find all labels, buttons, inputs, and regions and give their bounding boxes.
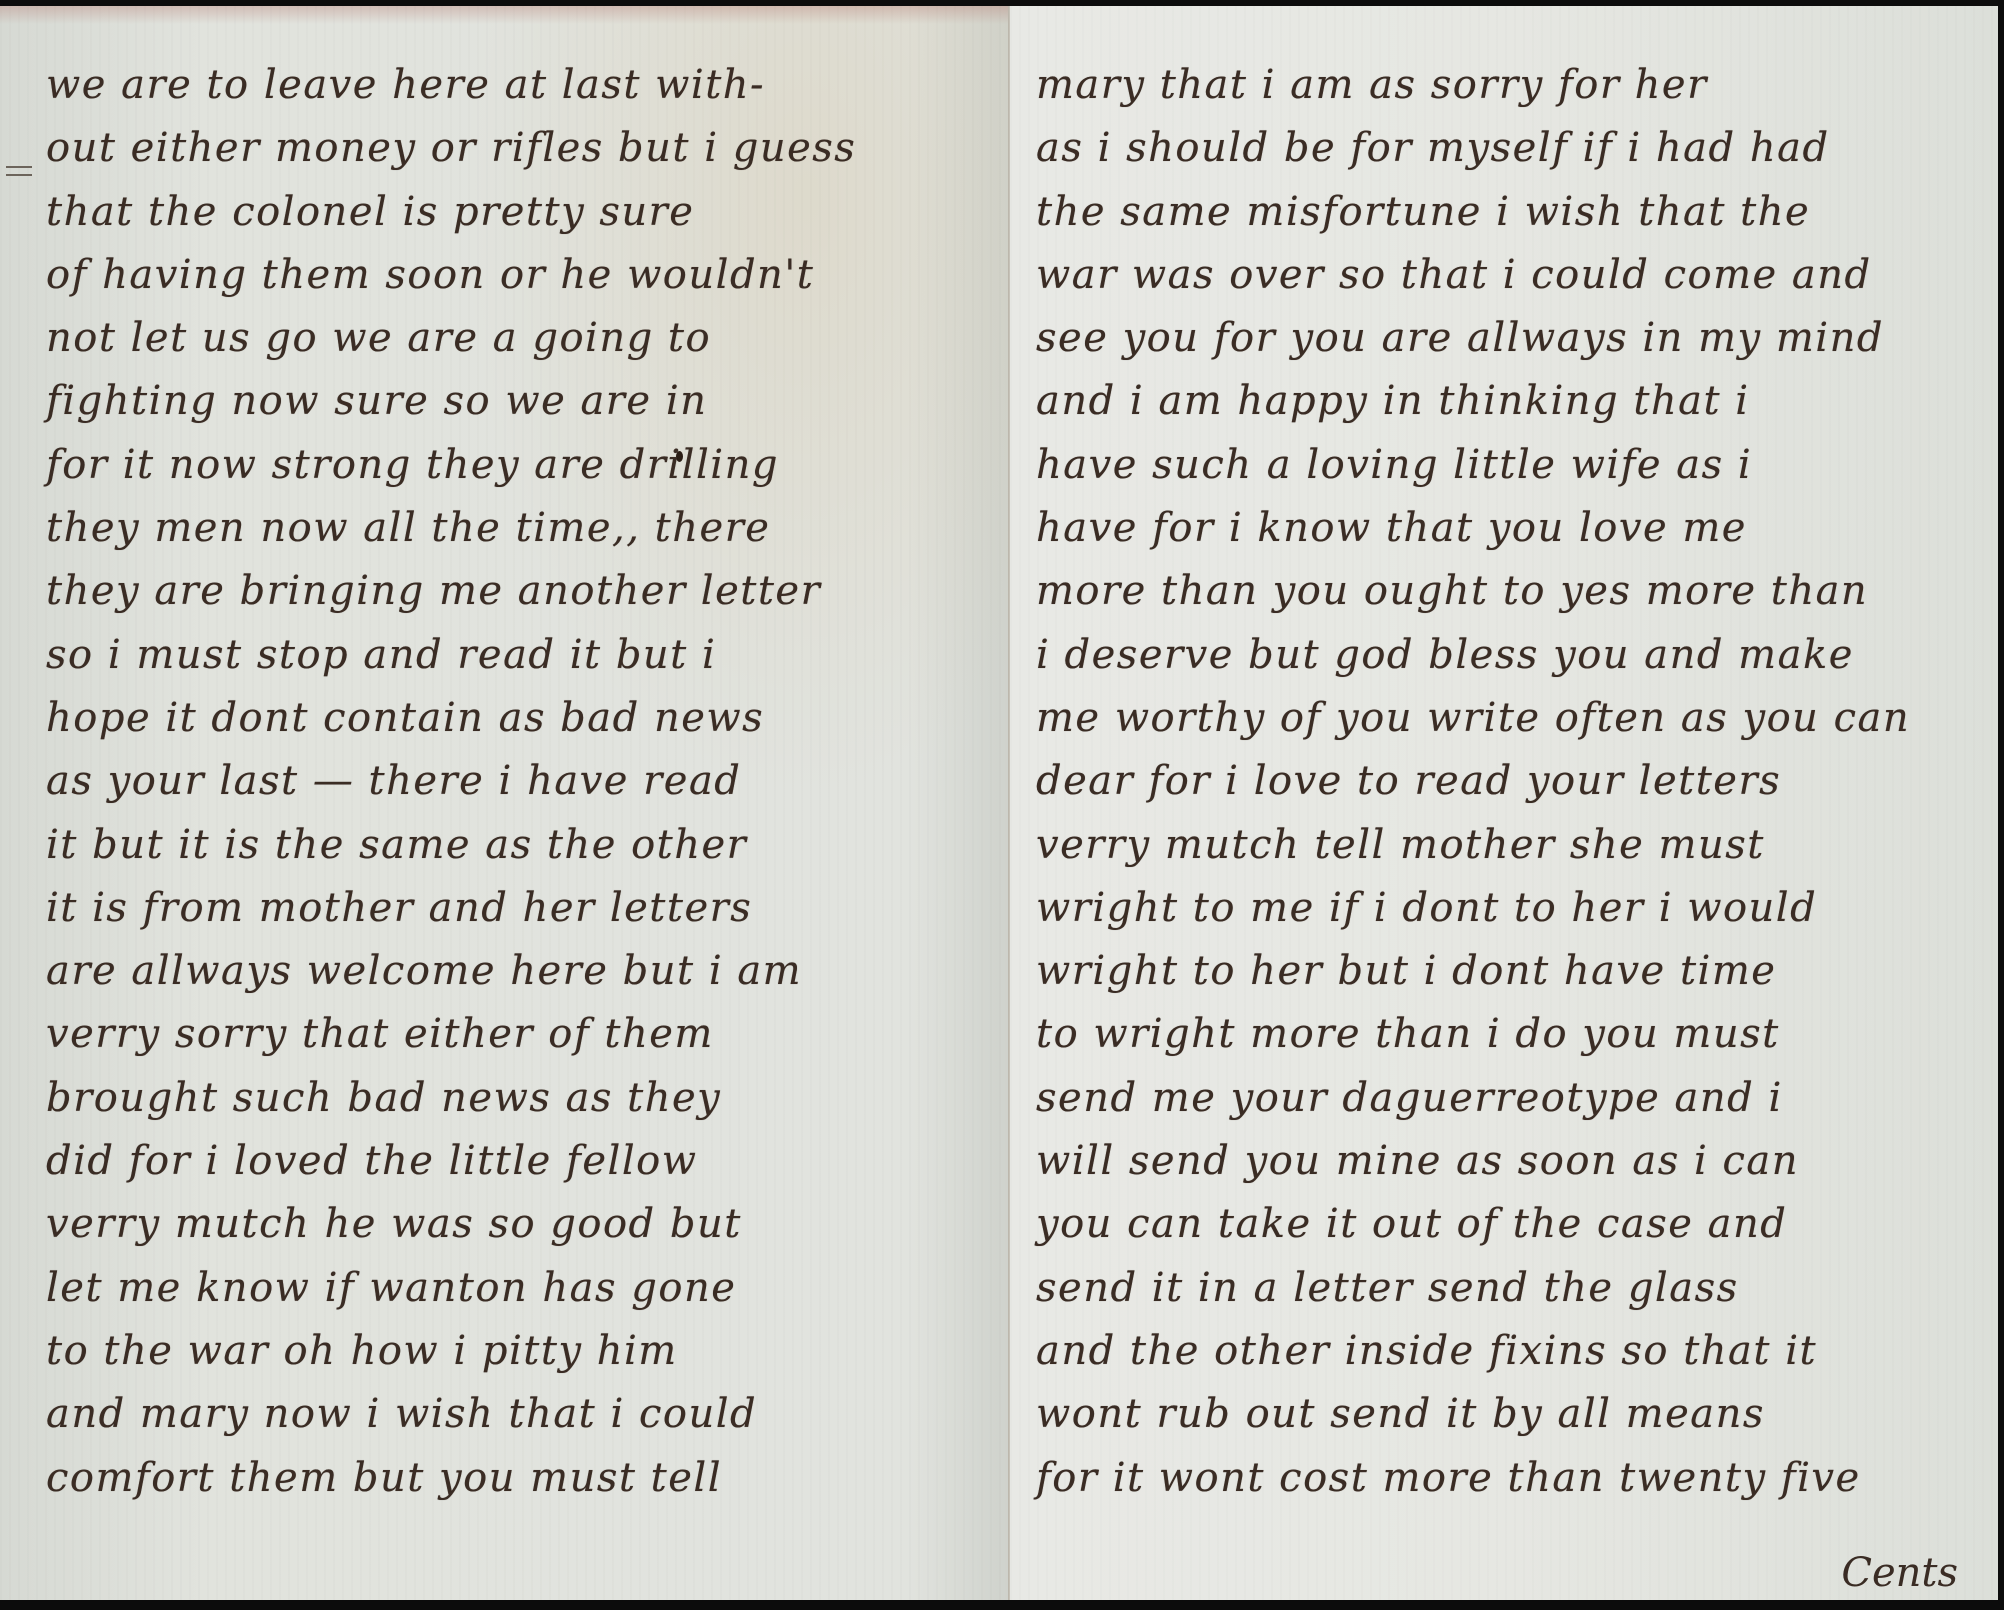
handwritten-line: it but it is the same as the other bbox=[0, 814, 1009, 877]
handwritten-line: for it wont cost more than twenty five bbox=[1010, 1447, 1998, 1510]
handwritten-line: fighting now sure so we are in bbox=[0, 370, 1009, 433]
handwritten-line: to the war oh how i pitty him bbox=[0, 1320, 1009, 1383]
handwritten-line: to wright more than i do you must bbox=[1010, 1003, 1998, 1066]
handwritten-line: that the colonel is pretty sure bbox=[0, 181, 1009, 244]
handwritten-line: and the other inside fixins so that it bbox=[1010, 1320, 1998, 1383]
handwritten-line: hope it dont contain as bad news bbox=[0, 687, 1009, 750]
top-edge-stain bbox=[0, 6, 1009, 24]
handwritten-line: verry mutch he was so good but bbox=[0, 1193, 1009, 1256]
handwritten-line: dear for i love to read your letters bbox=[1010, 750, 1998, 813]
handwritten-line: more than you ought to yes more than bbox=[1010, 560, 1998, 623]
handwritten-line: me worthy of you write often as you can bbox=[1010, 687, 1998, 750]
left-page-text: we are to leave here at last with- out e… bbox=[0, 54, 1009, 1510]
handwritten-line: wont rub out send it by all means bbox=[1010, 1383, 1998, 1446]
handwritten-line: wright to me if i dont to her i would bbox=[1010, 877, 1998, 940]
handwritten-line: of having them soon or he wouldn't bbox=[0, 244, 1009, 307]
handwritten-line: out either money or rifles but i guess bbox=[0, 117, 1009, 180]
handwritten-line: are allways welcome here but i am bbox=[0, 940, 1009, 1003]
handwritten-line: have for i know that you love me bbox=[1010, 497, 1998, 560]
handwritten-line: send me your daguerreotype and i bbox=[1010, 1067, 1998, 1130]
letter-sheet: we are to leave here at last with- out e… bbox=[0, 6, 1998, 1600]
handwritten-line: i deserve but god bless you and make bbox=[1010, 624, 1998, 687]
handwritten-line: and i am happy in thinking that i bbox=[1010, 370, 1998, 433]
left-page: we are to leave here at last with- out e… bbox=[0, 6, 1010, 1600]
handwritten-line: they are bringing me another letter bbox=[0, 560, 1009, 623]
handwritten-line: brought such bad news as they bbox=[0, 1067, 1009, 1130]
handwritten-line: let me know if wanton has gone bbox=[0, 1257, 1009, 1320]
handwritten-line: did for i loved the little fellow bbox=[0, 1130, 1009, 1193]
handwritten-line: mary that i am as sorry for her bbox=[1010, 54, 1998, 117]
handwritten-line: not let us go we are a going to bbox=[0, 307, 1009, 370]
handwritten-line: wright to her but i dont have time bbox=[1010, 940, 1998, 1003]
right-page-text: mary that i am as sorry for her as i sho… bbox=[1010, 54, 1998, 1510]
handwritten-line: have such a loving little wife as i bbox=[1010, 434, 1998, 497]
handwritten-line: and mary now i wish that i could bbox=[0, 1383, 1009, 1446]
handwritten-line: as your last — there i have read bbox=[0, 750, 1009, 813]
handwritten-line: we are to leave here at last with- bbox=[0, 54, 1009, 117]
handwritten-line: they men now all the time,, there bbox=[0, 497, 1009, 560]
handwritten-line: for it now strong they are drilling bbox=[0, 434, 1009, 497]
handwritten-line: will send you mine as soon as i can bbox=[1010, 1130, 1998, 1193]
right-page: mary that i am as sorry for her as i sho… bbox=[1010, 6, 1998, 1600]
handwritten-line: verry sorry that either of them bbox=[0, 1003, 1009, 1066]
handwritten-line: you can take it out of the case and bbox=[1010, 1193, 1998, 1256]
handwritten-line: send it in a letter send the glass bbox=[1010, 1257, 1998, 1320]
handwritten-line: see you for you are allways in my mind bbox=[1010, 307, 1998, 370]
signoff-word: Cents bbox=[1841, 1550, 1958, 1596]
handwritten-line: so i must stop and read it but i bbox=[0, 624, 1009, 687]
handwritten-line: it is from mother and her letters bbox=[0, 877, 1009, 940]
handwritten-line: as i should be for myself if i had had bbox=[1010, 117, 1998, 180]
handwritten-line: verry mutch tell mother she must bbox=[1010, 814, 1998, 877]
handwritten-line: the same misfortune i wish that the bbox=[1010, 181, 1998, 244]
handwritten-line: comfort them but you must tell bbox=[0, 1447, 1009, 1510]
handwritten-line: war was over so that i could come and bbox=[1010, 244, 1998, 307]
